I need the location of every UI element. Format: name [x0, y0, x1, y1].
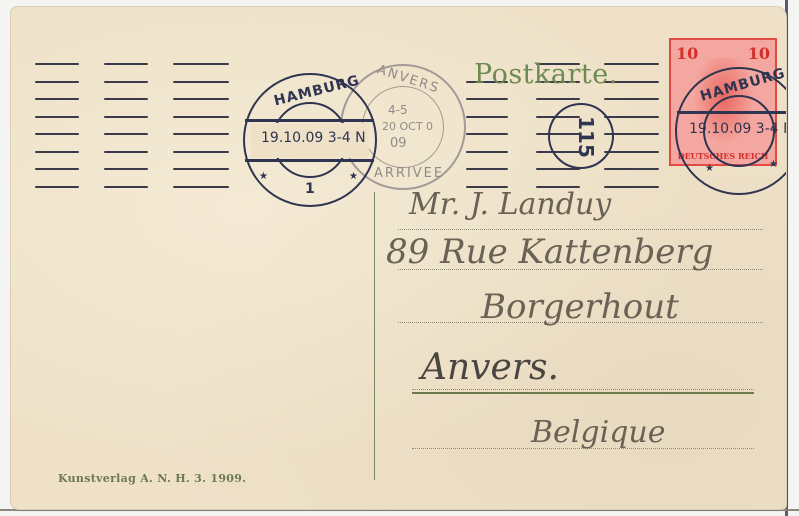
hamburg-postmark-stamp: HAMBURG 19.10.09 3-4 N ★ ★	[675, 67, 786, 195]
address-line-city: Anvers.	[421, 347, 559, 388]
address-rule	[412, 389, 754, 390]
address-divider	[374, 192, 375, 480]
address-line-street: 89 Rue Kattenberg	[386, 232, 713, 272]
stamp-value-left: 10	[676, 44, 698, 63]
postcard: Postkarte. Mr. J. Landuy 89 Rue Kattenbe…	[11, 7, 786, 509]
stamp-value-right: 10	[748, 44, 770, 63]
number-postmark: 115	[548, 103, 614, 169]
postkarte-heading: Postkarte.	[474, 59, 618, 90]
address-line-country: Belgique	[531, 415, 665, 450]
address-rule	[398, 229, 763, 230]
hamburg-postmark: HAMBURG 19.10.09 3-4 N ★ ★ 1	[243, 73, 377, 207]
scan-edge-bottom	[0, 509, 799, 511]
address-line-district: Borgerhout	[481, 287, 679, 327]
address-rule-solid	[412, 392, 754, 394]
publisher-imprint: Kunstverlag A. N. H. 3. 1909.	[58, 472, 246, 485]
address-line-name: Mr. J. Landuy	[409, 187, 611, 222]
